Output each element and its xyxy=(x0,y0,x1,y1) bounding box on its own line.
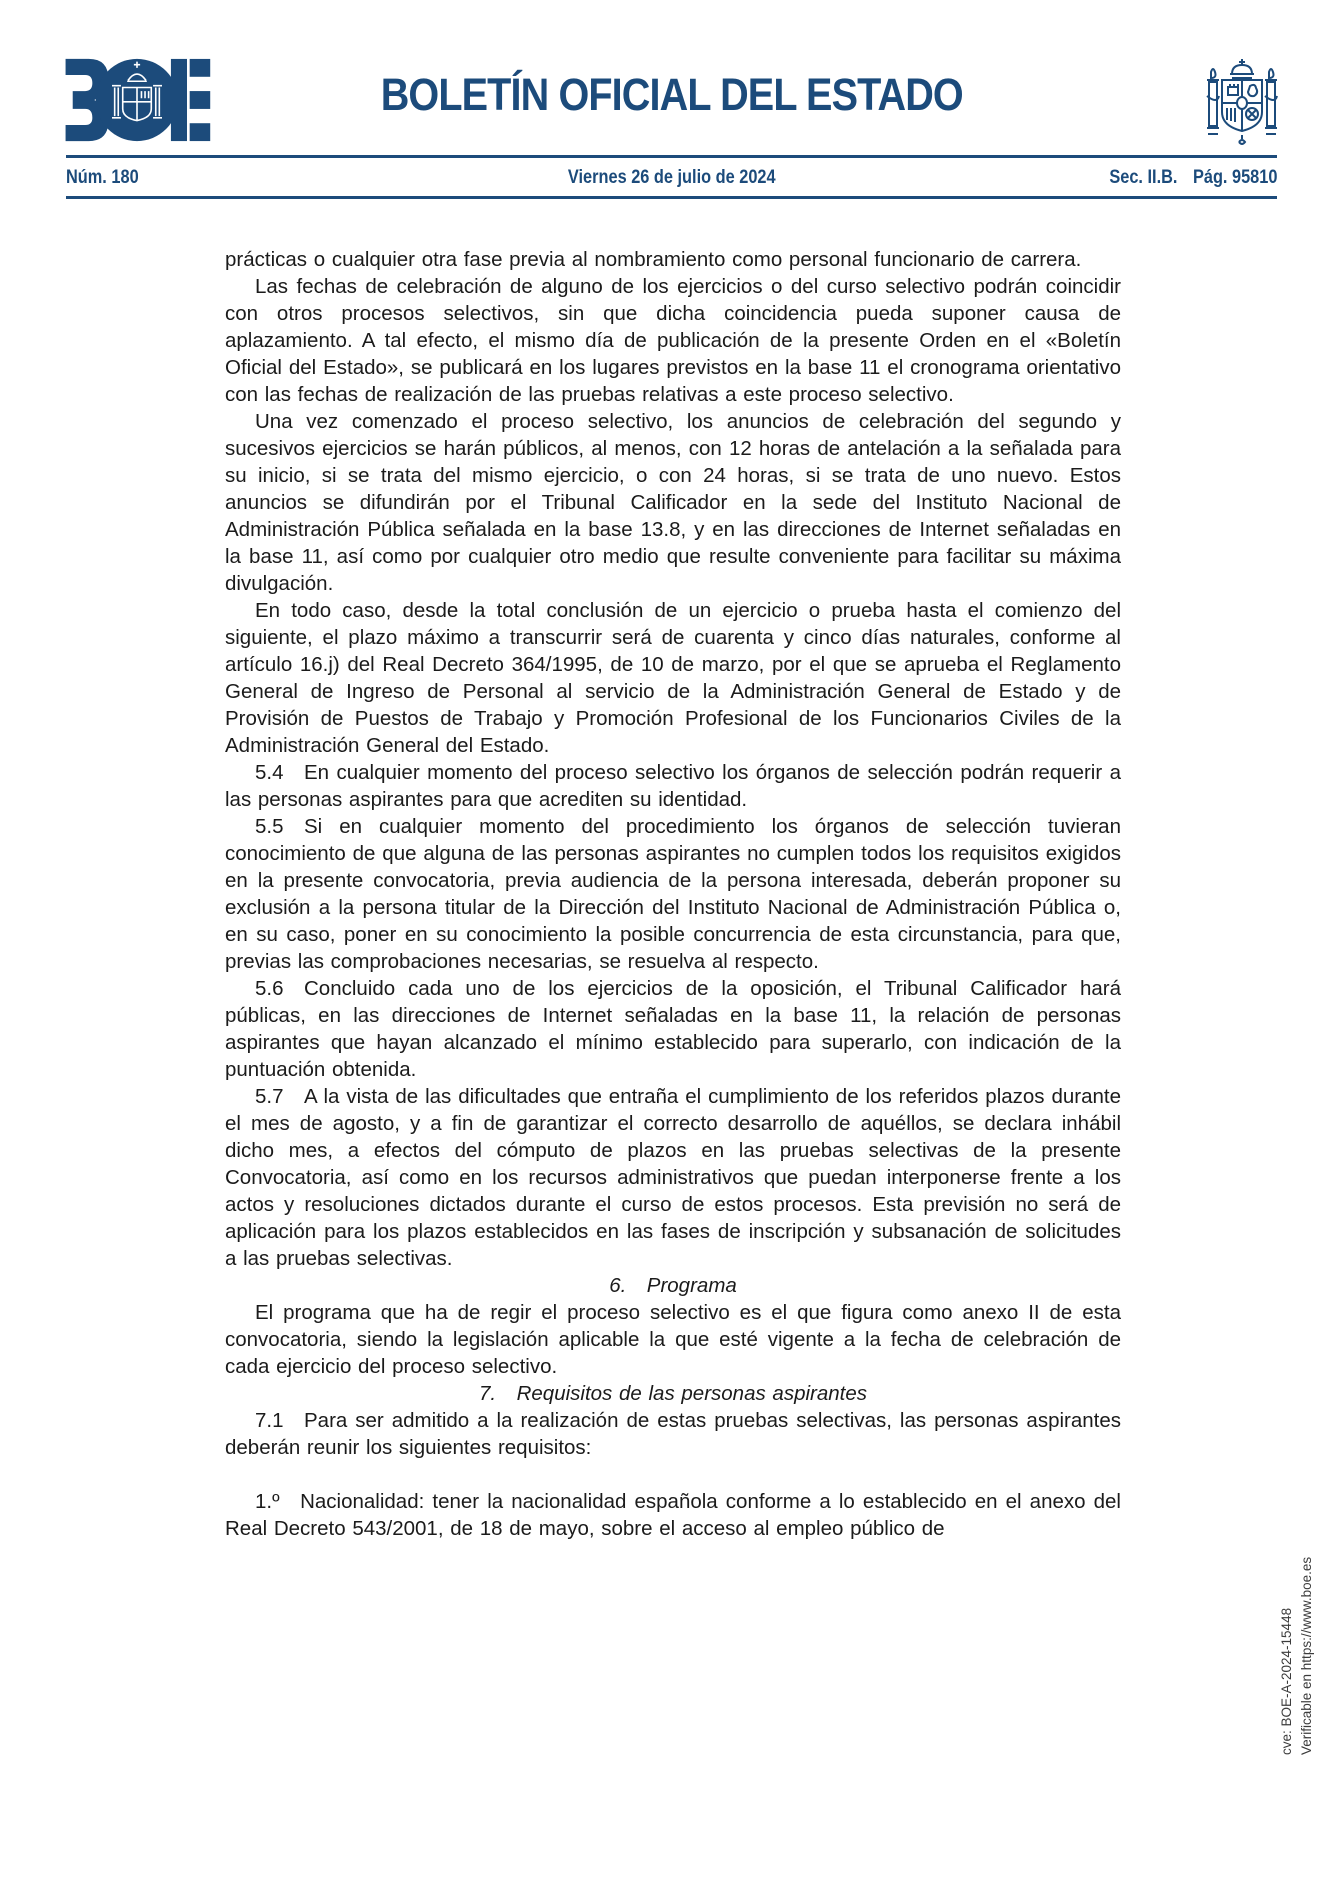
section-label: Sec. II.B. xyxy=(1109,167,1177,188)
spain-coat-of-arms-icon xyxy=(1206,58,1278,148)
paragraph: prácticas o cualquier otra fase previa a… xyxy=(225,246,1121,273)
issue-row: Núm. 180 Viernes 26 de julio de 2024 Sec… xyxy=(66,163,1277,193)
paragraph: 5.5 Si en cualquier momento del procedim… xyxy=(225,813,1121,975)
section-heading: 6. Programa xyxy=(225,1272,1121,1299)
verification-sidebar: cve: BOE-A-2024-15448 Verificable en htt… xyxy=(1277,1515,1317,1755)
header-rule-bottom xyxy=(66,196,1277,199)
masthead-title: BOLETÍN OFICIAL DEL ESTADO xyxy=(0,70,1344,131)
page-number: Pág. 95810 xyxy=(1193,167,1277,188)
section-and-page: Sec. II.B.Pág. 95810 xyxy=(1082,163,1277,193)
paragraph: 5.4 En cualquier momento del proceso sel… xyxy=(225,759,1121,813)
paragraph: En todo caso, desde la total conclusión … xyxy=(225,597,1121,759)
paragraph: 5.7 A la vista de las dificultades que e… xyxy=(225,1083,1121,1272)
paragraph: El programa que ha de regir el proceso s… xyxy=(225,1299,1121,1380)
header-rule-top xyxy=(66,155,1277,158)
paragraph: 1.º Nacionalidad: tener la nacionalidad … xyxy=(225,1488,1121,1542)
cve-code: cve: BOE-A-2024-15448 xyxy=(1277,1515,1297,1755)
masthead-title-text: BOLETÍN OFICIAL DEL ESTADO xyxy=(381,70,963,120)
paragraph: Una vez comenzado el proceso selectivo, … xyxy=(225,408,1121,597)
boe-document-page: BOLETÍN OFICIAL DEL ESTADO Núm. 180 Vier… xyxy=(0,0,1344,1900)
document-body: prácticas o cualquier otra fase previa a… xyxy=(225,246,1121,1542)
section-heading: 7. Requisitos de las personas aspirantes xyxy=(225,1380,1121,1407)
paragraph: 5.6 Concluido cada uno de los ejercicios… xyxy=(225,975,1121,1083)
paragraph: Las fechas de celebración de alguno de l… xyxy=(225,273,1121,408)
paragraph: 7.1 Para ser admitido a la realización d… xyxy=(225,1407,1121,1461)
verification-url: Verificable en https://www.boe.es xyxy=(1297,1515,1317,1755)
